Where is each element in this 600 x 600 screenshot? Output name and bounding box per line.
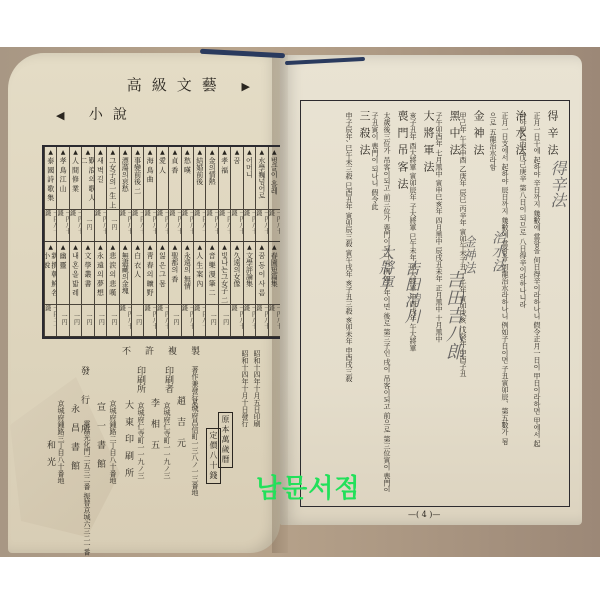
triangle-bullet-icon: ▲ [61, 244, 66, 252]
triangle-bullet-icon: ▲ [222, 149, 227, 157]
author-address: 京城府昌信町一三八ノ一三番地 [190, 398, 199, 496]
book-ad-entry: ▲愛 人一円八十錢 [156, 147, 168, 241]
triangle-bullet-icon: ▲ [210, 149, 215, 157]
ad-header-top: 高級文藝 [127, 76, 227, 94]
handwritten-note: 吉田吉八郎 [440, 270, 466, 360]
book-title: 悲 涙 의 悲 嘆 [109, 252, 117, 304]
section-heading: 喪門吊客法 [396, 110, 409, 195]
book-ad-entry: ▲結婚前後一円八十錢 [193, 147, 205, 241]
triangle-bullet-icon: ▲ [148, 149, 153, 157]
book-ad-entry: ▲音 樂 漫 筆 二一円 [205, 242, 217, 336]
triangle-bullet-icon: ▲ [235, 149, 240, 157]
triangle-bullet-icon: ▲ [148, 244, 153, 252]
price-box: 定價八十錢 [206, 428, 221, 484]
printer-address: 京城府仁寺町一一九ノ三 [162, 402, 171, 479]
triangle-bullet-icon: ▲ [173, 149, 178, 157]
book-title: 永遠의 無情 [183, 252, 191, 304]
book-ad-entry: ▲文學評論集一円八十錢 [243, 242, 255, 336]
book-ad-table: ▲벙글이 흘레一円八十錢▲水學巍넘어로一円八十錢▲어머니一円八十錢▲꿈一円八十錢… [42, 145, 280, 339]
colophon: 不許複製 昭和十四年十月五日印刷 昭和十四年十月十日發行 原本萬歲曆 定價八十錢… [42, 340, 278, 490]
arrow-right-icon: ▶ [242, 80, 260, 93]
book-price: 一円八十錢 [206, 209, 217, 238]
section-heading: 三殺法 [358, 110, 371, 161]
book-price: 一円八十錢 [182, 209, 193, 238]
book-title: 新 撰 朝 鮮 名 小 說 [44, 252, 56, 304]
printshop-label: 印刷所 [134, 366, 146, 393]
book-ad-entry: ▲無盡藏의金塊一円八十錢 [119, 242, 131, 336]
book-price: 一円八十錢 [132, 209, 143, 238]
handwritten-note: 治水法 [488, 230, 508, 272]
book-title: 내 혼 을 밟 레 [72, 252, 80, 304]
book-ad-entry: ▲새 벽 길一円八十錢 [94, 147, 106, 241]
book-ad-entry: ▲久遠의女像一円八十錢 [230, 242, 242, 336]
triangle-bullet-icon: ▲ [173, 244, 178, 252]
book-title: 人 間 修 業 [72, 157, 80, 209]
triangle-bullet-icon: ▲ [86, 244, 91, 252]
book-ad-entry: ▲어머니一円八十錢 [243, 147, 255, 241]
book-ad-entry: ▲事變前後 二一円八十錢 [131, 147, 143, 241]
book-ad-entry: ▲金의情熱一円八十錢 [205, 147, 217, 241]
book-price: 一円八十錢 [169, 209, 180, 238]
book-price: 一円 [107, 209, 118, 238]
book-ad-entry: ▲永 遠 의 夢 想一円 [94, 242, 106, 336]
ad-header-bottom: 小說 [89, 107, 137, 123]
book-price: 一円八十錢 [256, 304, 267, 333]
section-body: 子丑寅이 喪門이 되나니 假令此 [370, 112, 379, 492]
section-body: 으로 五龍治水라함 [488, 112, 497, 492]
triangle-bullet-icon: ▲ [185, 244, 190, 252]
book-price: 一円八十錢 [57, 209, 68, 238]
book-price: 一円八十錢 [231, 209, 242, 238]
section-heading: 黑中法 [448, 110, 461, 161]
section-body: 하야甲乙丙丁戊己庚辛 第八日이 되므로 八日得辛이라하나니라 [518, 112, 527, 492]
book-price: 一円八十錢 [70, 209, 81, 238]
book-title: 白 衣 人 [134, 252, 142, 304]
section-heading: 金神法 [472, 110, 485, 161]
book-title: 事變前後 二 [134, 157, 142, 209]
book-ad-entry: ▲春園短篇集一円八十錢 [268, 242, 280, 336]
triangle-bullet-icon: ▲ [110, 244, 115, 252]
publisher-address: 京城府鍾路二丁目八十番地 [108, 400, 117, 484]
book-title: 孝 福 [221, 157, 229, 209]
book-title: 永 遠 의 夢 想 [96, 252, 104, 304]
handwritten-note: 金神法 [458, 235, 477, 274]
triangle-bullet-icon: ▲ [61, 149, 66, 157]
book-price: 一円八十錢 [244, 304, 255, 333]
section-heading: 得辛法 [546, 110, 559, 161]
book-title: 漂蕩의哀愁 [121, 157, 129, 209]
triangle-bullet-icon: ▲ [160, 149, 165, 157]
book-price: 一円八十錢 [120, 304, 131, 333]
section-body: 正月一日干에 起하야 辛日까지 幾數에 當함을 何日得辛이라하나니 假令正月一日… [532, 112, 541, 492]
book-ad-entry: ▲白 衣 人一円 [131, 242, 143, 336]
book-price: 一円八十錢 [95, 209, 106, 238]
book-price: 一円八十錢 [144, 209, 155, 238]
book-price: 一円 [219, 304, 230, 333]
book-price: 一円八十錢 [194, 209, 205, 238]
book-title: 잃 은 그 몸 [158, 252, 166, 304]
book-ad-entry: ▲泰 國 詩 歌 集一円八十錢 [44, 147, 56, 241]
section-heading: 治水法 [514, 110, 527, 161]
book-title: 貞 香 [171, 157, 179, 209]
book-title: 어머니 [245, 157, 253, 209]
triangle-bullet-icon: ▲ [247, 244, 252, 252]
book-title: 無盡藏의金塊 [121, 252, 129, 304]
triangle-bullet-icon: ▲ [110, 149, 115, 157]
triangle-bullet-icon: ▲ [222, 244, 227, 252]
section-body: 申子辰年, 巳午未三殺 巳酉丑年 寅卯辰三殺 寅午戌年 亥子丑三殺 亥卯未年 申… [344, 112, 353, 492]
book-price: 一円八十錢 [194, 304, 205, 333]
book-price: 一円八十錢 [269, 304, 280, 333]
book-price: 一円八十錢 [45, 209, 56, 238]
book-title: 春園短篇集 [270, 252, 278, 304]
book-ad-entry: ▲歎 浪 의 歌 人 二一円 [81, 147, 93, 241]
book-ad-entry: ▲孝 福一円八十錢 [218, 147, 230, 241]
book-price: 一円八十錢 [219, 209, 230, 238]
triangle-bullet-icon: ▲ [197, 149, 202, 157]
triangle-bullet-icon: ▲ [73, 244, 78, 252]
book-title: 꿈 동 이 사 름 [258, 252, 266, 304]
book-ad-entry: ▲잃 은 그 몸一円八十錢 [156, 242, 168, 336]
book-ad-entry: ▲人 生 案 內一円八十錢 [193, 242, 205, 336]
triangle-bullet-icon: ▲ [48, 149, 53, 157]
triangle-bullet-icon: ▲ [185, 149, 190, 157]
book-ad-entry: ▲人 間 修 業一円八十錢 [69, 147, 81, 241]
book-price: 一円 [206, 304, 217, 333]
book-title: 그女子의一生 上 [109, 157, 117, 209]
triangle-bullet-icon: ▲ [135, 244, 140, 252]
triangle-bullet-icon: ▲ [98, 244, 103, 252]
triangle-bullet-icon: ▲ [197, 244, 202, 252]
shop2-name: 宣一書館 [94, 402, 106, 478]
book-title: 文學評論集 [245, 252, 253, 304]
book-title: 幽 靈 [59, 252, 67, 304]
book-title: 金의情熱 [208, 157, 216, 209]
publisher-label: 發行所 [78, 366, 90, 453]
book-price: 一円八十錢 [157, 209, 168, 238]
book-title: 빛나는그女子 二 [221, 252, 229, 304]
book-price: 一円八十錢 [231, 304, 242, 333]
handwritten-note: 吉田清川 [400, 260, 423, 324]
book-price: 一円 [107, 304, 118, 333]
section-body: 正月一日支에서 起하야 辰日까지 幾數에 當함을 何龍治水라하나니 例如子日이면… [500, 112, 509, 492]
triangle-bullet-icon: ▲ [86, 149, 91, 157]
triangle-bullet-icon: ▲ [123, 244, 128, 252]
book-ad-entry: ▲그女子의一生 上一円 [106, 147, 118, 241]
book-ad-entry: ▲벙글이 흘레一円八十錢 [268, 147, 280, 241]
triangle-bullet-icon: ▲ [160, 244, 165, 252]
book-title: 文 學 叢 書 [84, 252, 92, 304]
printer-label: 印刷者 [162, 366, 174, 393]
book-title: 꿈 [233, 157, 241, 209]
triangle-bullet-icon: ▲ [260, 244, 265, 252]
distributor-address: 京城府鍾路三丁目八十番地 [56, 400, 65, 484]
book-ad-entry: ▲내 혼 을 밟 레一円 [69, 242, 81, 336]
book-title: 海 鳥 曲 [146, 157, 154, 209]
book-ad-entry: ▲꿈一円八十錢 [230, 147, 242, 241]
colophon-header: 不許複製 [122, 344, 214, 357]
author-name: 趙吉元 [174, 396, 186, 459]
book-ad-entry: ▲新 撰 朝 鮮 名 小 說一円二十錢 [44, 242, 56, 336]
book-title: 靑 春 의 曠 野 [146, 252, 154, 304]
triangle-bullet-icon: ▲ [235, 244, 240, 252]
book-title: 久遠의女像 [233, 252, 241, 304]
book-price: 一円 [57, 304, 68, 333]
book-price: 一円 [82, 209, 93, 238]
book-title: 結婚前後 [196, 157, 204, 209]
section-heading: 大將軍法 [422, 110, 435, 178]
print-date: 昭和十四年十月五日印刷 [252, 350, 261, 427]
arrow-left-icon: ◀ [56, 109, 74, 122]
book-title: 人 生 案 內 [196, 252, 204, 304]
handwritten-note: 大將軍 [376, 245, 397, 290]
printer-name: 李相五 [148, 398, 160, 461]
book-ad-entry: ▲水學巍넘어로一円八十錢 [255, 147, 267, 241]
triangle-bullet-icon: ▲ [260, 149, 265, 157]
distributor-name: 和光 [44, 440, 56, 474]
book-ad-entry: ▲悲 涙 의 悲 嘆一円 [106, 242, 118, 336]
book-price: 一円八十錢 [144, 304, 155, 333]
issue-date: 昭和十四年十月十日發行 [240, 350, 249, 427]
book-ad-entry: ▲빛나는그女子 二一円 [218, 242, 230, 336]
book-title: 歎 浪 의 歌 人 二 [81, 157, 93, 209]
book-price: 一円八十錢 [157, 304, 168, 333]
book-price: 一円八十錢 [182, 304, 193, 333]
book-title: 音 樂 漫 筆 二 [208, 252, 216, 304]
book-price: 一円 [82, 304, 93, 333]
ad-row: ▲벙글이 흘레一円八十錢▲水學巍넘어로一円八十錢▲어머니一円八十錢▲꿈一円八十錢… [44, 147, 280, 242]
book-title: 벙글이 흘레 [270, 157, 278, 209]
triangle-bullet-icon: ▲ [272, 149, 277, 157]
book-ad-entry: ▲貞 香一円八十錢 [168, 147, 180, 241]
book-ad-entry: ▲文 學 叢 書一円 [81, 242, 93, 336]
book-price: 一円 [95, 304, 106, 333]
book-ad-entry: ▲愁 嘆一円八十錢 [181, 147, 193, 241]
book-price: 一円八十錢 [256, 209, 267, 238]
triangle-bullet-icon: ▲ [135, 149, 140, 157]
printshop-name: 大東印刷所 [122, 400, 134, 485]
book-title: 愛 人 [158, 157, 166, 209]
section-body: 太歲後三位가 吊客이되고 前三位가 喪門이되나니 例如子年이면 後로 第三子인 … [382, 112, 391, 492]
book-title: 愁 嘆 [183, 157, 191, 209]
book-price: 一円 [169, 304, 180, 333]
book-ad-entry: ▲孝 鳥 江 山一円八十錢 [56, 147, 68, 241]
book-ad-entry: ▲聖都의 香一円 [168, 242, 180, 336]
book-ad-entry: ▲靑 春 의 曠 野一円八十錢 [143, 242, 155, 336]
book-price: 一円 [132, 304, 143, 333]
ad-header: 高級文藝 ▶ ◀ 小說 [60, 82, 270, 104]
book-title: 泰 國 詩 歌 集 [47, 157, 55, 209]
book-price: 一円八十錢 [244, 209, 255, 238]
book-title: 새 벽 길 [96, 157, 104, 209]
book-price: 一円 [70, 304, 81, 333]
triangle-bullet-icon: ▲ [247, 149, 252, 157]
triangle-bullet-icon: ▲ [73, 149, 78, 157]
book-ad-entry: ▲꿈 동 이 사 름一円八十錢 [255, 242, 267, 336]
watermark: 남문서점 [256, 468, 360, 505]
triangle-bullet-icon: ▲ [210, 244, 215, 252]
book-title: 水學巍넘어로 [258, 157, 266, 209]
page-number: —( 4 )— [408, 510, 440, 519]
book-ad-entry: ▲漂蕩의哀愁一円八十錢 [119, 147, 131, 241]
ad-row: ▲春園短篇集一円八十錢▲꿈 동 이 사 름一円八十錢▲文學評論集一円八十錢▲久遠… [44, 242, 280, 337]
triangle-bullet-icon: ▲ [272, 244, 277, 252]
printshop-address: 京城府仁寺町一一九ノ三 [136, 402, 145, 479]
triangle-bullet-icon: ▲ [123, 149, 128, 157]
triangle-bullet-icon: ▲ [98, 149, 103, 157]
book-title: 聖都의 香 [171, 252, 179, 304]
triangle-bullet-icon: ▲ [48, 244, 53, 252]
book-price: 一円八十錢 [269, 209, 280, 238]
book-price: 一円八十錢 [120, 209, 131, 238]
book-price: 一円二十錢 [45, 304, 56, 333]
book-ad-entry: ▲幽 靈一円 [56, 242, 68, 336]
book-ad-entry: ▲海 鳥 曲一円八十錢 [143, 147, 155, 241]
handwritten-note: 得辛法 [546, 160, 569, 208]
book-ad-entry: ▲永遠의 無情一円八十錢 [181, 242, 193, 336]
book-title: 孝 鳥 江 山 [59, 157, 67, 209]
